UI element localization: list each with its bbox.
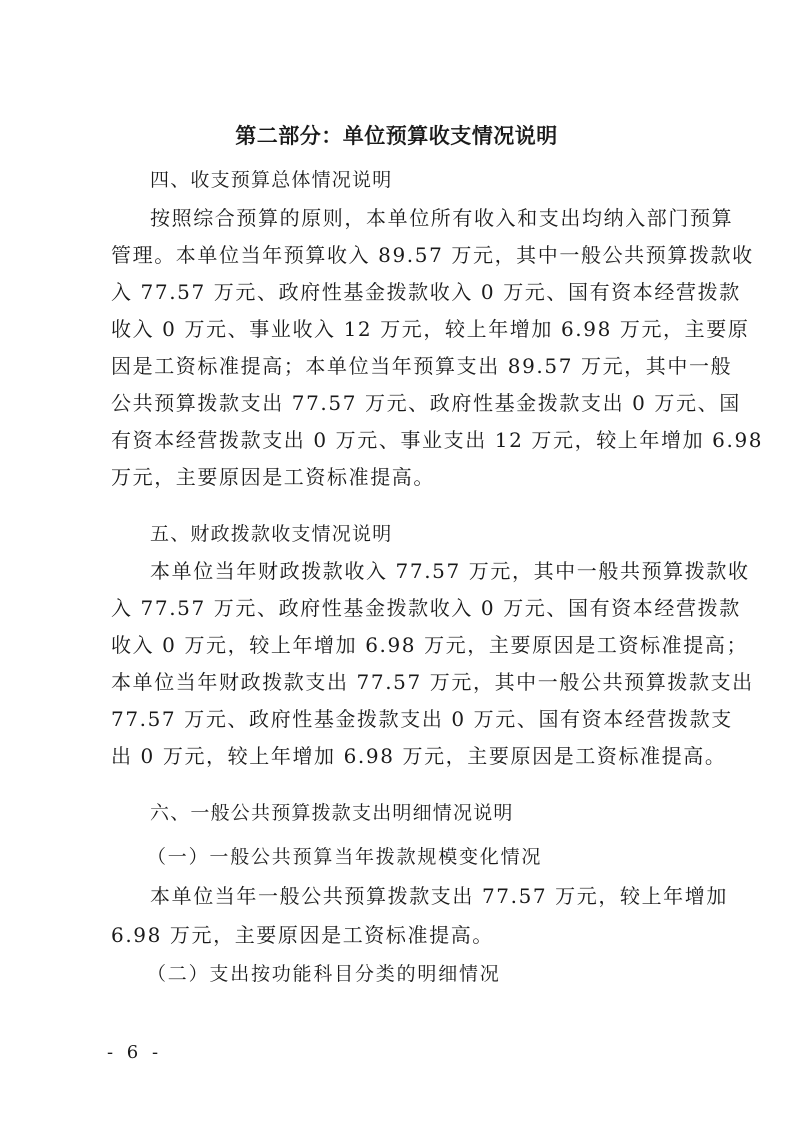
- paragraph-line: 有资本经营拨款支出 0 万元、事业支出 12 万元，较上年增加 6.98: [111, 426, 688, 454]
- paragraph-line: 本单位当年一般公共预算拨款支出 77.57 万元，较上年增加: [150, 882, 688, 910]
- paragraph-line: 收入 0 万元，较上年增加 6.98 万元，主要原因是工资标准提高；: [111, 631, 688, 659]
- paragraph-line: 入 77.57 万元、政府性基金拨款收入 0 万元、国有资本经营拨款: [111, 278, 688, 306]
- subsection-heading-2: （二）支出按功能科目分类的明细情况: [147, 960, 501, 988]
- subsection-heading-1: （一）一般公共预算当年拨款规模变化情况: [147, 843, 542, 871]
- paragraph-line: 按照综合预算的原则，本单位所有收入和支出均纳入部门预算: [150, 204, 688, 232]
- part-title: 第二部分：单位预算收支情况说明: [0, 122, 793, 150]
- paragraph-line: 6.98 万元，主要原因是工资标准提高。: [111, 921, 688, 949]
- paragraph-line: 收入 0 万元、事业收入 12 万元，较上年增加 6.98 万元，主要原: [111, 315, 688, 343]
- paragraph-line: 管理。本单位当年预算收入 89.57 万元，其中一般公共预算拨款收: [111, 241, 688, 269]
- paragraph-line: 入 77.57 万元、政府性基金拨款收入 0 万元、国有资本经营拨款: [111, 594, 688, 622]
- section-heading-4: 四、收支预算总体情况说明: [150, 166, 392, 194]
- document-page: 第二部分：单位预算收支情况说明 四、收支预算总体情况说明 按照综合预算的原则，本…: [0, 0, 793, 1122]
- section-heading-6: 六、一般公共预算拨款支出明细情况说明: [150, 799, 514, 827]
- paragraph-line: 77.57 万元、政府性基金拨款支出 0 万元、国有资本经营拨款支: [111, 705, 688, 733]
- page-number: - 6 -: [107, 1042, 162, 1063]
- paragraph-line: 因是工资标准提高；本单位当年预算支出 89.57 万元，其中一般: [111, 352, 688, 380]
- paragraph-line: 出 0 万元，较上年增加 6.98 万元，主要原因是工资标准提高。: [111, 742, 688, 770]
- paragraph-line: 万元，主要原因是工资标准提高。: [111, 463, 688, 491]
- section-heading-5: 五、财政拨款收支情况说明: [150, 520, 392, 548]
- paragraph-line: 本单位当年财政拨款支出 77.57 万元，其中一般公共预算拨款支出: [111, 668, 688, 696]
- paragraph-line: 公共预算拨款支出 77.57 万元、政府性基金拨款支出 0 万元、国: [111, 389, 688, 417]
- paragraph-line: 本单位当年财政拨款收入 77.57 万元，其中一般共预算拨款收: [150, 557, 688, 585]
